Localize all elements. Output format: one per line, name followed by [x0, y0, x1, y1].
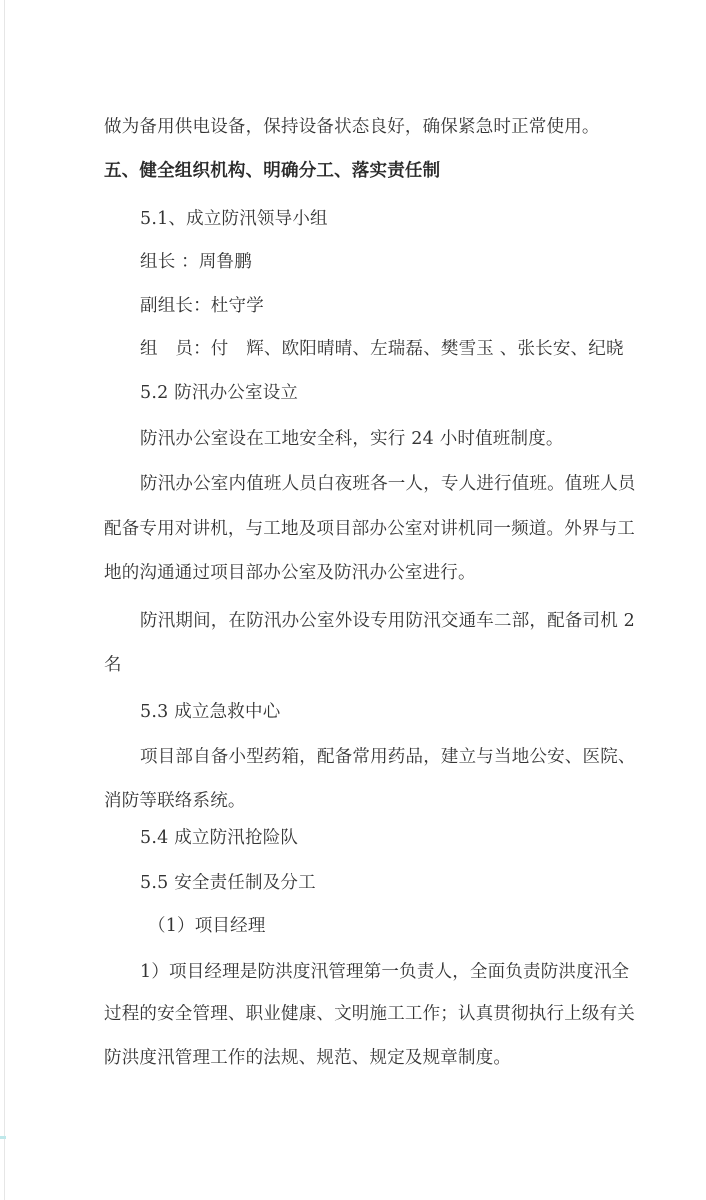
- text-line-pm-regulations: 防洪度汛管理工作的法规、规范、规定及规章制度。: [104, 1047, 511, 1069]
- role-members: 组 员：付 辉、欧阳晴晴、左瑞磊、樊雪玉 、张长安、纪晓: [140, 338, 624, 360]
- text-line-first-aid: 项目部自备小型药箱，配备常用药品，建立与当地公安、医院、: [140, 746, 636, 768]
- text-line-duty-staff: 防汛办公室内值班人员白夜班各一人，专人进行值班。值班人员: [140, 473, 636, 495]
- text-line-contact-system: 消防等联络系统。: [104, 790, 246, 812]
- text-line-office-location: 防汛办公室设在工地安全科，实行 24 小时值班制度。: [140, 428, 564, 450]
- subsection-heading-5-5: 5.5 安全责任制及分工: [140, 872, 316, 894]
- subsection-heading-5-1: 5.1、成立防汛领导小组: [140, 208, 328, 230]
- text-line-backup-power: 做为备用供电设备，保持设备状态良好，确保紧急时正常使用。: [104, 116, 600, 138]
- item-heading-project-manager: （1）项目经理: [148, 915, 266, 937]
- subsection-heading-5-3: 5.3 成立急救中心: [140, 701, 280, 723]
- scan-edge-mark: [0, 1136, 6, 1139]
- text-line-communication: 地的沟通通过项目部办公室及防汛办公室进行。: [104, 562, 476, 584]
- section-heading-organization: 五、健全组织机构、明确分工、落实责任制: [104, 160, 440, 182]
- text-line-pm-responsibility: 1）项目经理是防洪度汛管理第一负责人，全面负责防洪度汛全: [140, 961, 629, 983]
- subsection-heading-5-4: 5.4 成立防汛抢险队: [140, 827, 298, 849]
- text-line-walkie-talkie: 配备专用对讲机，与工地及项目部办公室对讲机同一频道。外界与工: [104, 518, 635, 540]
- text-line-vehicles: 防汛期间，在防汛办公室外设专用防汛交通车二部，配备司机 2: [140, 610, 635, 632]
- scan-edge-line: [4, 0, 5, 1200]
- subsection-heading-5-2: 5.2 防汛办公室设立: [140, 382, 298, 404]
- text-line-drivers: 名: [104, 654, 122, 676]
- role-deputy-leader: 副组长：杜守学: [140, 295, 264, 317]
- text-line-pm-duties: 过程的安全管理、职业健康、文明施工工作；认真贯彻执行上级有关: [104, 1003, 635, 1025]
- role-leader: 组长 ：周鲁鹏: [140, 251, 252, 273]
